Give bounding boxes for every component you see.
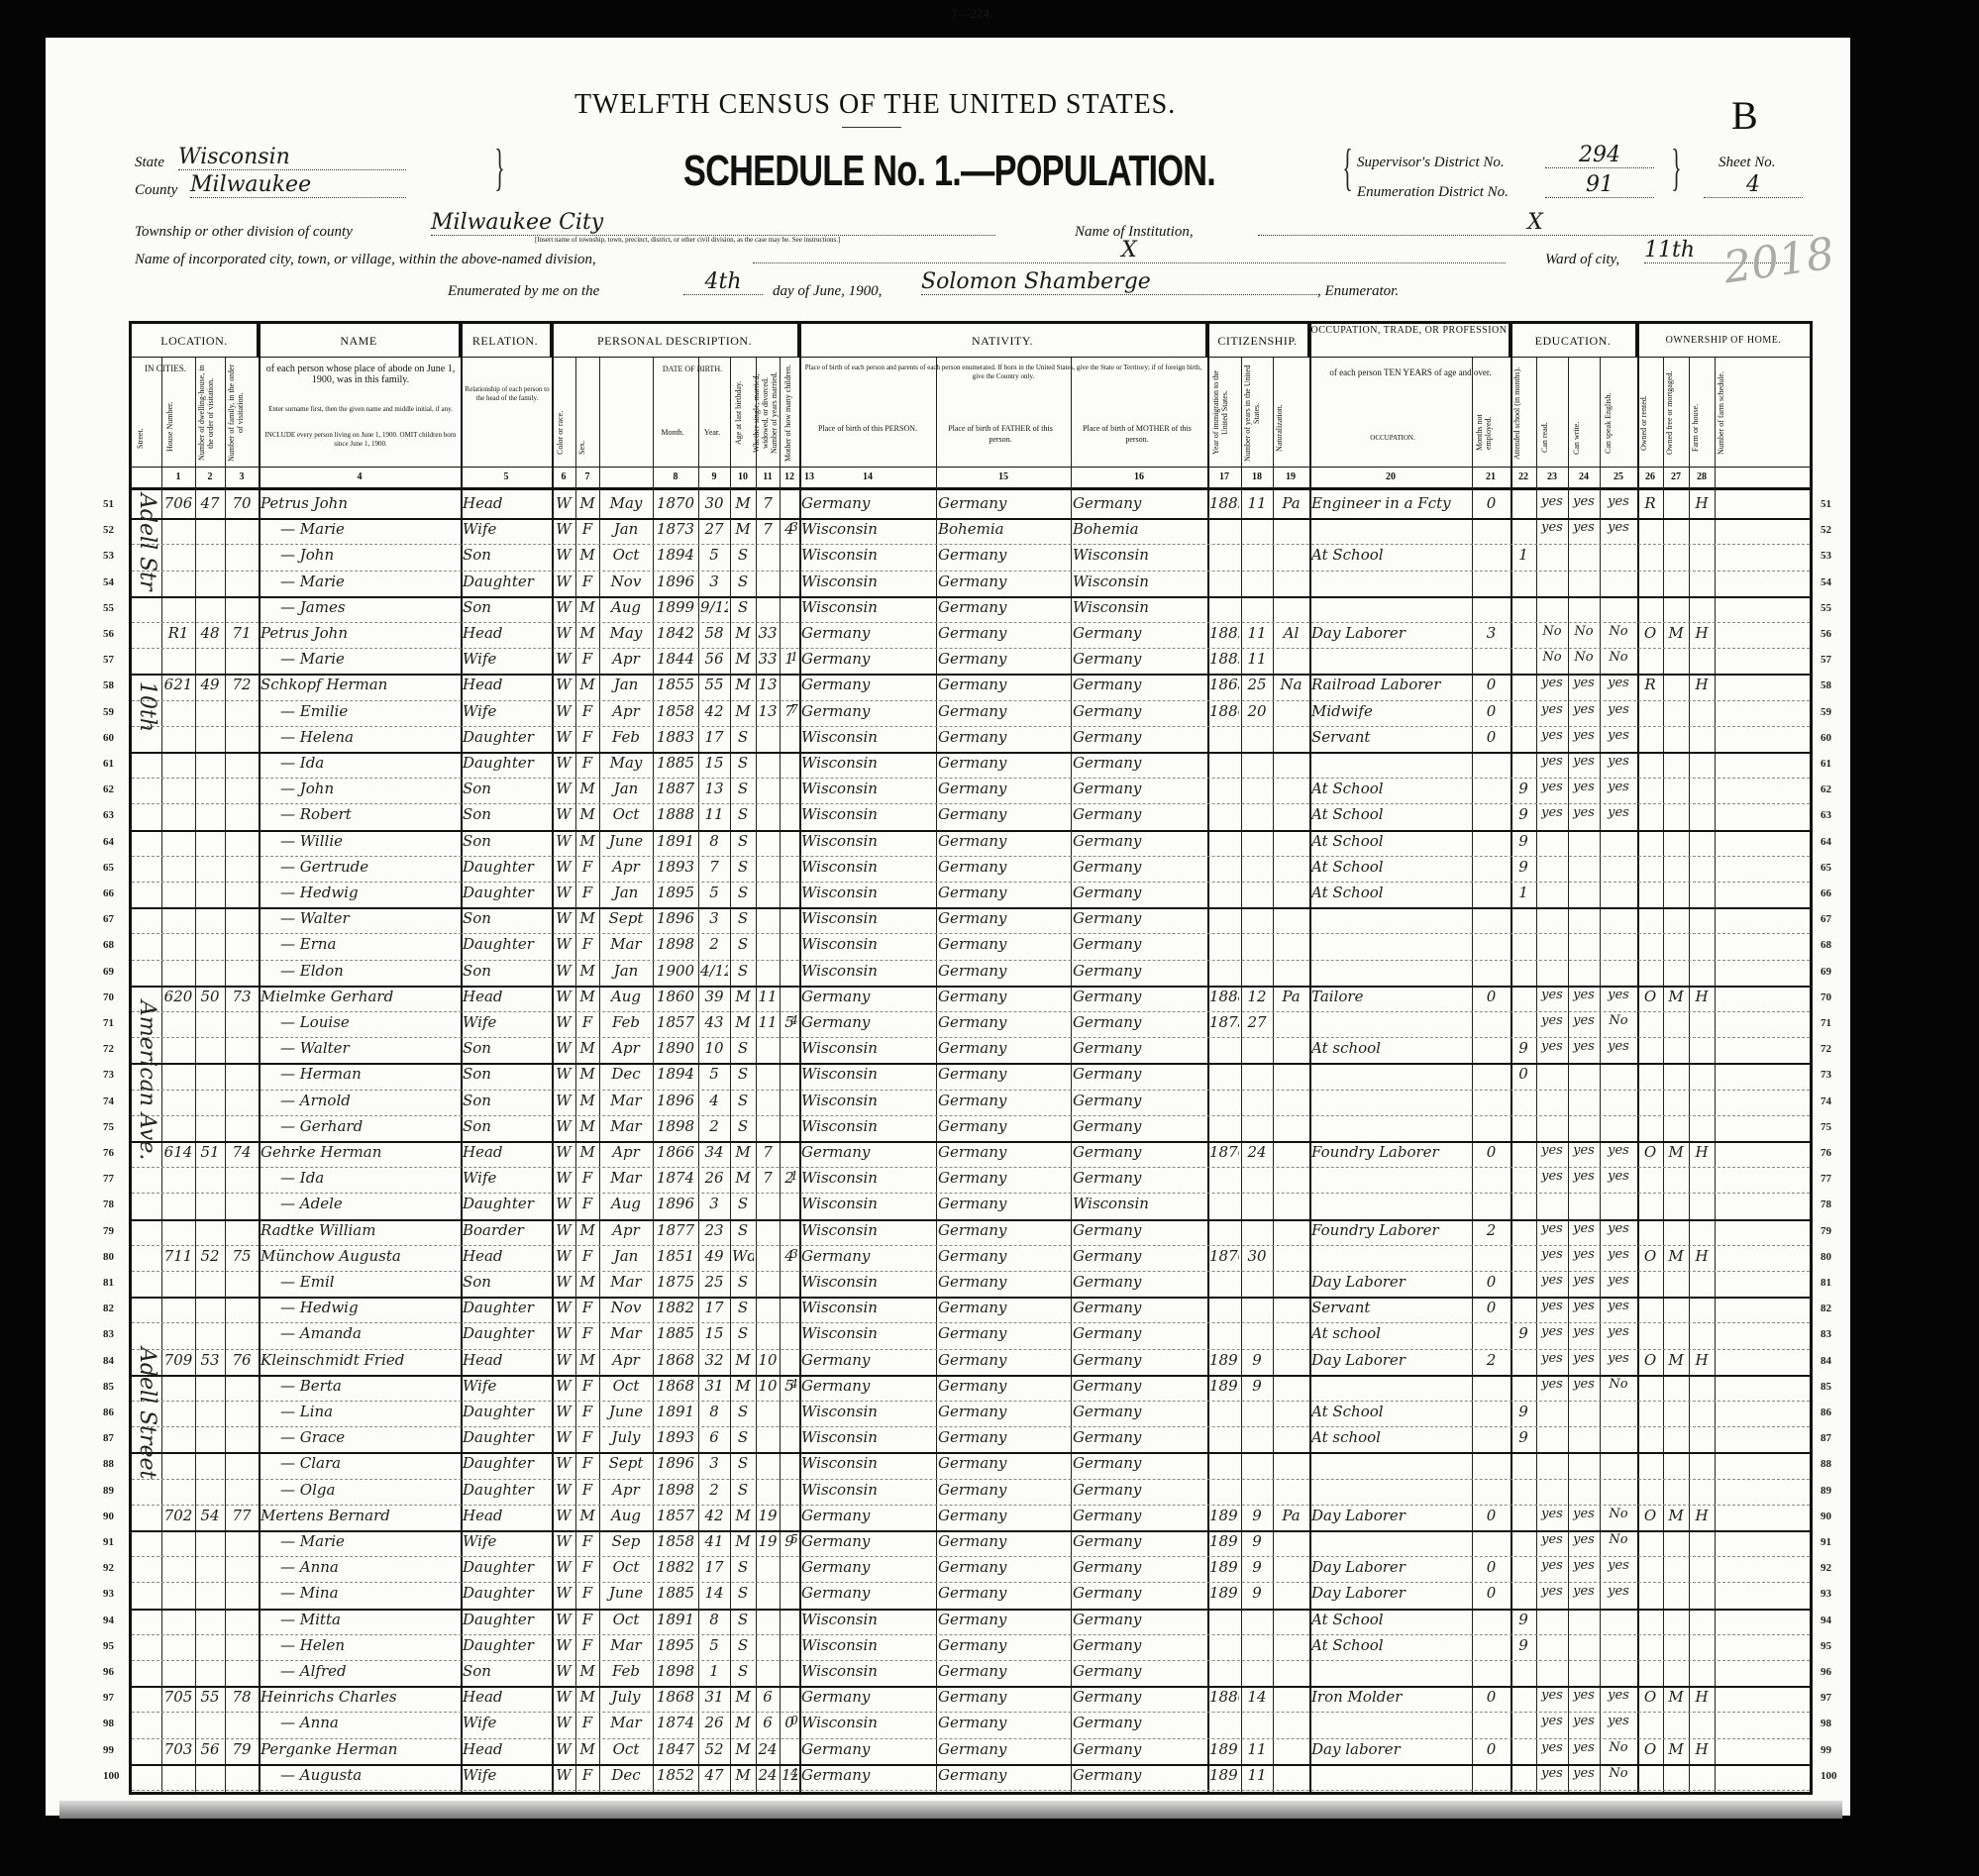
cell-yus (1243, 909, 1271, 933)
cell-sex: F (577, 1195, 597, 1218)
cell-year: 1887 (655, 780, 696, 803)
cell-nat (1275, 520, 1307, 544)
cell-age: 23 (700, 1221, 728, 1245)
line-number-left: 68 (103, 939, 114, 951)
cell-ym: 13 (758, 676, 778, 699)
cell-fh (1691, 702, 1713, 726)
line-number-left: 95 (103, 1640, 114, 1652)
cell-fm (1665, 520, 1687, 544)
cell-name: — Mitta (260, 1611, 459, 1634)
cell-fm: M (1665, 1740, 1687, 1764)
cell-marital: M (732, 1507, 754, 1530)
cell-read (1538, 546, 1566, 570)
cell-occ (1311, 1169, 1470, 1193)
column-number: 23 (1542, 471, 1562, 482)
cell-bm: Germany (1073, 1454, 1205, 1478)
cell-sex: M (577, 494, 597, 518)
cell-bf: Germany (938, 1688, 1069, 1712)
cell-mu (1474, 805, 1509, 829)
cell-speak: yes (1602, 1351, 1635, 1375)
cell-yus (1243, 884, 1271, 907)
cell-family: 79 (227, 1740, 257, 1764)
cell-bf: Germany (938, 1351, 1069, 1375)
cell-fh: H (1691, 1740, 1713, 1764)
cell-ym (758, 1403, 778, 1426)
cell-name: — Berta (260, 1377, 459, 1401)
cell-name: Gehrke Herman (260, 1143, 459, 1167)
cell-read: yes (1538, 1221, 1566, 1245)
cell-bf: Germany (938, 598, 1069, 622)
cell-ym (758, 1611, 778, 1634)
cell-mc (781, 754, 797, 778)
cell-year: 1896 (655, 1092, 696, 1115)
cell-write: yes (1570, 805, 1598, 829)
dwelling-label: Number of dwelling-house, in the order o… (197, 364, 223, 463)
cell-own (1639, 546, 1661, 570)
header-education: EDUCATION. (1510, 324, 1637, 358)
line-number-right: 78 (1821, 1199, 1831, 1210)
table-row: — JamesSonWMAug18999/12SWisconsinGermany… (132, 596, 1810, 622)
cell-relation: Head (463, 1740, 550, 1764)
cell-relation: Son (463, 1273, 550, 1297)
cell-yus: 12 (1243, 988, 1271, 1011)
cell-family (227, 909, 257, 933)
cell-family (227, 780, 257, 803)
cell-sch (1512, 1766, 1534, 1790)
cell-imm (1209, 1092, 1239, 1115)
cell-speak: yes (1602, 728, 1635, 752)
cell-year: 1868 (655, 1688, 696, 1712)
cell-mc (781, 1273, 797, 1297)
cell-sex: F (577, 702, 597, 726)
cell-fs (1717, 1532, 1808, 1556)
cell-sex: M (577, 676, 597, 699)
cell-marital: Wd (732, 1247, 754, 1271)
cell-read: yes (1538, 1013, 1566, 1037)
cell-imm: 1889 (1209, 624, 1239, 648)
cell-month: Mar (601, 1636, 651, 1660)
cell-mu (1474, 935, 1509, 959)
line-number-left: 98 (103, 1718, 114, 1729)
cell-dwelling (197, 884, 223, 907)
cell-dwelling: 49 (197, 676, 223, 699)
cell-relation: Son (463, 832, 550, 856)
cell-family (227, 1636, 257, 1660)
cell-relation: Son (463, 598, 550, 622)
cell-fh (1691, 1065, 1713, 1089)
cell-family: 78 (227, 1688, 257, 1712)
cell-ym: 7 (758, 1143, 778, 1167)
census-title: TWELFTH CENSUS OF THE UNITED STATES. (574, 89, 1176, 121)
cell-sch (1512, 702, 1534, 726)
cell-sch (1512, 1092, 1534, 1115)
cell-write: yes (1570, 520, 1598, 544)
months-unemployed-label: Months not employed. (1475, 403, 1509, 463)
cell-fm (1665, 1636, 1687, 1660)
table-row: — MarieDaughterWFNov18963SWisconsinGerma… (132, 571, 1810, 596)
cell-mu (1474, 1377, 1509, 1401)
cell-yus: 9 (1243, 1532, 1271, 1556)
table-row: — EmilSonWMMar187525SWisconsinGermanyGer… (132, 1271, 1810, 1297)
cell-yus (1243, 1065, 1271, 1089)
cell-marital: S (732, 1039, 754, 1063)
cell-family (227, 754, 257, 778)
cell-imm: 1891 (1209, 1507, 1239, 1530)
table-row: 7064770Petrus JohnHeadWMMay187030M7Germa… (132, 492, 1810, 518)
cell-relation: Son (463, 962, 550, 986)
cell-name: Heinrichs Charles (260, 1688, 459, 1712)
cell-fh (1691, 1532, 1713, 1556)
cell-speak: yes (1602, 1714, 1635, 1737)
cell-fs (1717, 573, 1808, 596)
cell-fh (1691, 520, 1713, 544)
cell-fm (1665, 1324, 1687, 1348)
line-number-left: 97 (103, 1692, 114, 1704)
cell-bf: Germany (938, 1636, 1069, 1660)
cell-house (163, 884, 193, 907)
cell-imm (1209, 1481, 1239, 1505)
cell-fh (1691, 1092, 1713, 1115)
cell-relation: Daughter (463, 858, 550, 882)
cell-year: 1866 (655, 1143, 696, 1167)
cell-house (163, 1766, 193, 1790)
table-row: — LinaDaughterWFJune18918SWisconsinGerma… (132, 1401, 1810, 1426)
cell-house (163, 805, 193, 829)
form-number: 7—224. (951, 6, 992, 22)
cell-own (1639, 598, 1661, 622)
line-number-right: 87 (1821, 1432, 1831, 1444)
cell-read: yes (1538, 1714, 1566, 1737)
table-row: — MittaDaughterWFOct18918SWisconsinGerma… (132, 1609, 1810, 1634)
cell-mc (781, 624, 797, 648)
table-row: — HedwigDaughterWFNov188217SWisconsinGer… (132, 1297, 1810, 1322)
cell-fh (1691, 1299, 1713, 1322)
cell-read: yes (1538, 1299, 1566, 1322)
cell-relation: Daughter (463, 1324, 550, 1348)
cell-fh (1691, 780, 1713, 803)
cell-sch: 9 (1512, 1324, 1534, 1348)
cell-bm: Wisconsin (1073, 573, 1205, 596)
cell-house (163, 1377, 193, 1401)
cell-occ: Day Laborer (1311, 624, 1470, 648)
cell-bf: Germany (938, 494, 1069, 518)
cell-sex: M (577, 988, 597, 1011)
cell-marital: S (732, 805, 754, 829)
cell-own: O (1639, 1351, 1661, 1375)
cell-fs (1717, 805, 1808, 829)
cell-house (163, 702, 193, 726)
cell-bm: Germany (1073, 1065, 1205, 1089)
cell-sch (1512, 1662, 1534, 1686)
cell-nat (1275, 1221, 1307, 1245)
cell-mc (781, 1065, 797, 1089)
cell-marital: M (732, 1714, 754, 1737)
line-number-left: 78 (103, 1199, 114, 1210)
cell-marital: M (732, 1169, 754, 1193)
birth-mother-label: Place of birth of MOTHER of this person. (1071, 423, 1203, 445)
cell-family (227, 1299, 257, 1322)
cell-name: — Ida (260, 1169, 459, 1193)
cell-marital: S (732, 1221, 754, 1245)
cell-sex: F (577, 1428, 597, 1452)
cell-relation: Son (463, 1662, 550, 1686)
cell-fh (1691, 1611, 1713, 1634)
cell-nat (1275, 1403, 1307, 1426)
cell-color: W (554, 858, 573, 882)
line-number-left: 76 (103, 1147, 114, 1159)
month-label: Month. (653, 427, 692, 438)
township-value: Milwaukee City (431, 210, 995, 236)
cell-family (227, 1454, 257, 1478)
cell-own (1639, 1065, 1661, 1089)
cell-name: — Marie (260, 650, 459, 674)
cell-imm: 1889 (1209, 494, 1239, 518)
cell-bm: Germany (1073, 1143, 1205, 1167)
cell-fh (1691, 1169, 1713, 1193)
cell-house: 706 (163, 494, 193, 518)
cell-bm: Germany (1073, 728, 1205, 752)
cell-bm: Germany (1073, 1766, 1205, 1790)
cell-own (1639, 1428, 1661, 1452)
cell-sex: M (577, 1039, 597, 1063)
cell-fh (1691, 1013, 1713, 1037)
cell-imm (1209, 1039, 1239, 1063)
cell-fm (1665, 1428, 1687, 1452)
cell-month: Dec (601, 1766, 651, 1790)
cell-age: 55 (700, 676, 728, 699)
line-number-left: 72 (103, 1043, 114, 1055)
cell-family (227, 1428, 257, 1452)
cell-sch (1512, 754, 1534, 778)
cell-bf: Germany (938, 1454, 1069, 1478)
cell-ym (758, 1662, 778, 1686)
cell-bf: Germany (938, 1662, 1069, 1686)
cell-bf: Germany (938, 935, 1069, 959)
column-number: 14 (858, 471, 878, 482)
line-number-left: 85 (103, 1381, 114, 1393)
cell-year: 1842 (655, 624, 696, 648)
cell-bf: Germany (938, 1092, 1069, 1115)
cell-nat (1275, 1324, 1307, 1348)
cell-fh: H (1691, 624, 1713, 648)
cell-month: Mar (601, 1117, 651, 1141)
table-row: — GerhardSonWMMar18982SWisconsinGermanyG… (132, 1115, 1810, 1141)
cell-age: 39 (700, 988, 728, 1011)
line-number-right: 97 (1821, 1692, 1831, 1704)
enumerator-name: Solomon Shamberge (921, 269, 1317, 295)
cell-bm: Germany (1073, 1299, 1205, 1322)
cell-bp: Wisconsin (801, 1611, 934, 1634)
cell-family: 74 (227, 1143, 257, 1167)
line-number-right: 82 (1821, 1303, 1831, 1314)
cell-ym (758, 1195, 778, 1218)
cell-write: yes (1570, 1143, 1598, 1167)
cell-month: Jan (601, 780, 651, 803)
cell-family (227, 1403, 257, 1426)
cell-speak: yes (1602, 1299, 1635, 1322)
cell-age: 17 (700, 1558, 728, 1582)
cell-marital: M (732, 1532, 754, 1556)
table-row: — HedwigDaughterWFJan18955SWisconsinGerm… (132, 882, 1810, 907)
cell-write (1570, 1636, 1598, 1660)
cell-ym (758, 1299, 778, 1322)
cell-fs (1717, 1299, 1808, 1322)
cell-read (1538, 1117, 1566, 1141)
cell-family (227, 728, 257, 752)
cell-color: W (554, 909, 573, 933)
cell-yus: 9 (1243, 1377, 1271, 1401)
cell-bp: Germany (801, 1247, 934, 1271)
cell-read (1538, 832, 1566, 856)
institution-value: X (1258, 210, 1813, 236)
line-number-left: 91 (103, 1536, 114, 1548)
cell-family: 72 (227, 676, 257, 699)
cell-month: Apr (601, 1221, 651, 1245)
enumerated-day: 4th (683, 269, 763, 295)
cell-fh (1691, 1428, 1713, 1452)
cell-color: W (554, 520, 573, 544)
table-row: 6214972Schkopf HermanHeadWMJan185555M13G… (132, 674, 1810, 699)
cell-month: May (601, 494, 651, 518)
cell-ym (758, 1221, 778, 1245)
cell-fh (1691, 1324, 1713, 1348)
cell-nat (1275, 702, 1307, 726)
cell-occ: At School (1311, 780, 1470, 803)
cell-house: 711 (163, 1247, 193, 1271)
cell-age: 42 (700, 1507, 728, 1530)
cell-relation: Son (463, 1117, 550, 1141)
cell-bf: Germany (938, 1221, 1069, 1245)
cell-ym (758, 1117, 778, 1141)
cell-nat (1275, 1766, 1307, 1790)
cell-mu: 0 (1474, 1740, 1509, 1764)
cell-relation: Daughter (463, 1636, 550, 1660)
cell-fs (1717, 962, 1808, 986)
cell-color: W (554, 884, 573, 907)
line-number-right: 83 (1821, 1328, 1831, 1340)
line-number-right: 84 (1821, 1355, 1831, 1367)
cell-ym: 33 (758, 624, 778, 648)
cell-bp: Wisconsin (801, 1299, 934, 1322)
cell-occ (1311, 935, 1470, 959)
cell-dwelling (197, 832, 223, 856)
cell-ym: 11 (758, 988, 778, 1011)
cell-write (1570, 1454, 1598, 1478)
table-row: — HermanSonWMDec18945SWisconsinGermanyGe… (132, 1063, 1810, 1089)
cell-fm (1665, 1273, 1687, 1297)
cell-fh (1691, 935, 1713, 959)
cell-read: yes (1538, 754, 1566, 778)
line-number-left: 62 (103, 783, 114, 795)
cell-fm (1665, 1117, 1687, 1141)
cell-relation: Son (463, 780, 550, 803)
cell-imm (1209, 1403, 1239, 1426)
cell-sch (1512, 520, 1534, 544)
cell-mc (781, 805, 797, 829)
cell-bf: Germany (938, 1013, 1069, 1037)
cell-fm (1665, 1532, 1687, 1556)
cell-sch (1512, 1688, 1534, 1712)
cell-mu: 2 (1474, 1351, 1509, 1375)
cell-bf: Germany (938, 624, 1069, 648)
cell-age: 3 (700, 573, 728, 596)
cell-occ (1311, 1766, 1470, 1790)
line-number-right: 74 (1821, 1095, 1831, 1107)
line-number-left: 70 (103, 991, 114, 1003)
cell-name: — Augusta (260, 1766, 459, 1790)
cell-speak (1602, 546, 1635, 570)
cell-sex: F (577, 728, 597, 752)
cell-dwelling (197, 1273, 223, 1297)
cell-read: yes (1538, 702, 1566, 726)
cell-sch (1512, 1351, 1534, 1375)
cell-speak (1602, 1092, 1635, 1115)
cell-nat (1275, 1481, 1307, 1505)
cell-bp: Germany (801, 1584, 934, 1608)
cell-fh (1691, 573, 1713, 596)
cell-relation: Son (463, 805, 550, 829)
cell-own (1639, 1584, 1661, 1608)
cell-sch (1512, 1273, 1534, 1297)
cell-mu: 0 (1474, 1688, 1509, 1712)
cell-write: yes (1570, 1013, 1598, 1037)
cell-mu: 0 (1474, 1143, 1509, 1167)
cell-name: — Walter (260, 1039, 459, 1063)
cell-color: W (554, 1039, 573, 1063)
cell-write: yes (1570, 1558, 1598, 1582)
cell-mc (781, 1507, 797, 1530)
cell-marital: S (732, 1584, 754, 1608)
cell-relation: Daughter (463, 754, 550, 778)
cell-name: — Adele (260, 1195, 459, 1218)
cell-occ: At School (1311, 546, 1470, 570)
column-number: 2 (200, 471, 220, 482)
cell-yus: 9 (1243, 1558, 1271, 1582)
cell-name: — John (260, 780, 459, 803)
cell-dwelling (197, 573, 223, 596)
cell-marital: S (732, 1636, 754, 1660)
cell-marital: S (732, 754, 754, 778)
cell-dwelling (197, 702, 223, 726)
cell-dwelling (197, 1221, 223, 1245)
cell-year: 1857 (655, 1507, 696, 1530)
cell-own (1639, 520, 1661, 544)
cell-speak (1602, 598, 1635, 622)
cell-imm (1209, 935, 1239, 959)
cell-speak: yes (1602, 1247, 1635, 1271)
cell-month: Apr (601, 1143, 651, 1167)
cell-dwelling (197, 780, 223, 803)
cell-nat (1275, 832, 1307, 856)
cell-house (163, 1403, 193, 1426)
cell-dwelling (197, 1117, 223, 1141)
cell-relation: Son (463, 909, 550, 933)
cell-fs (1717, 702, 1808, 726)
cell-children-living: 1 (787, 1169, 801, 1193)
cell-write (1570, 858, 1598, 882)
cell-nat (1275, 754, 1307, 778)
cell-color: W (554, 832, 573, 856)
cell-imm (1209, 858, 1239, 882)
cell-relation: Head (463, 494, 550, 518)
cell-bm: Germany (1073, 1039, 1205, 1063)
cell-month: Mar (601, 1092, 651, 1115)
cell-fm: M (1665, 1143, 1687, 1167)
cell-yus (1243, 805, 1271, 829)
cell-bp: Germany (801, 650, 934, 674)
cell-house (163, 1558, 193, 1582)
cell-relation: Daughter (463, 1481, 550, 1505)
